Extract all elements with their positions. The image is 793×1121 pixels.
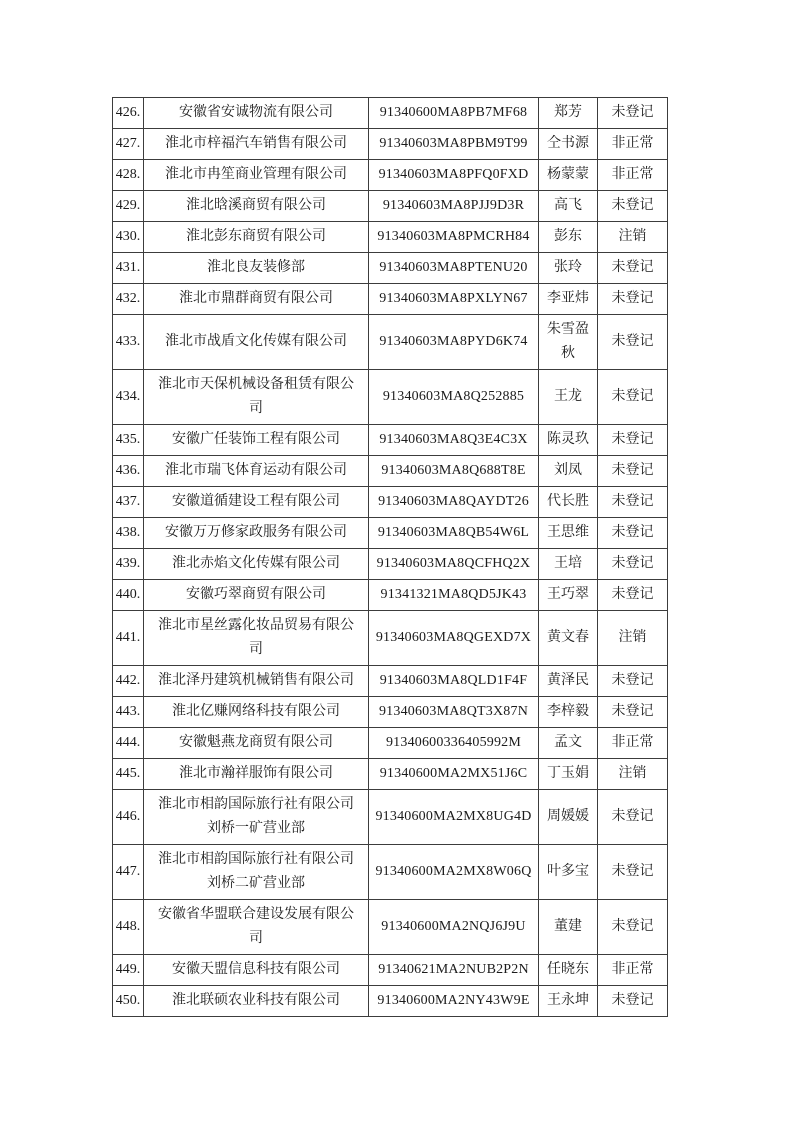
table-row: 450. 淮北联硕农业科技有限公司 91340600MA2NY43W9E 王永坤… — [113, 986, 668, 1017]
company-name: 淮北市鼎群商贸有限公司 — [144, 284, 369, 315]
row-number: 432. — [113, 284, 144, 315]
status-label: 注销 — [598, 611, 668, 666]
credit-code: 91340603MA8PYD6K74 — [369, 315, 539, 370]
credit-code: 91340600MA2MX51J6C — [369, 759, 539, 790]
person-name: 孟文 — [539, 728, 598, 759]
table-row: 446. 淮北市相韵国际旅行社有限公司 刘桥一矿营业部 91340600MA2M… — [113, 790, 668, 845]
status-label: 非正常 — [598, 129, 668, 160]
status-label: 未登记 — [598, 580, 668, 611]
row-number: 429. — [113, 191, 144, 222]
table-row: 441. 淮北市星丝露化妆品贸易有限公 司 91340603MA8QGEXD7X… — [113, 611, 668, 666]
table-row: 448. 安徽省华盟联合建设发展有限公 司 91340600MA2NQJ6J9U… — [113, 900, 668, 955]
row-number: 444. — [113, 728, 144, 759]
status-label: 非正常 — [598, 728, 668, 759]
credit-code: 91341321MA8QD5JK43 — [369, 580, 539, 611]
company-name: 安徽天盟信息科技有限公司 — [144, 955, 369, 986]
person-name: 王巧翠 — [539, 580, 598, 611]
status-label: 未登记 — [598, 456, 668, 487]
status-label: 未登记 — [598, 986, 668, 1017]
person-name: 彭东 — [539, 222, 598, 253]
status-label: 未登记 — [598, 315, 668, 370]
person-name: 黄文春 — [539, 611, 598, 666]
company-name: 安徽省安诚物流有限公司 — [144, 98, 369, 129]
company-name: 淮北市相韵国际旅行社有限公司 刘桥一矿营业部 — [144, 790, 369, 845]
person-name: 李亚炜 — [539, 284, 598, 315]
row-number: 427. — [113, 129, 144, 160]
person-name: 黄泽民 — [539, 666, 598, 697]
status-label: 未登记 — [598, 370, 668, 425]
person-name: 刘凤 — [539, 456, 598, 487]
status-label: 未登记 — [598, 697, 668, 728]
table-body: 426. 安徽省安诚物流有限公司 91340600MA8PB7MF68 郑芳 未… — [113, 98, 668, 1017]
person-name: 高飞 — [539, 191, 598, 222]
credit-code: 91340603MA8PJJ9D3R — [369, 191, 539, 222]
table-row: 437. 安徽道循建设工程有限公司 91340603MA8QAYDT26 代长胜… — [113, 487, 668, 518]
table-row: 442. 淮北泽丹建筑机械销售有限公司 91340603MA8QLD1F4F 黄… — [113, 666, 668, 697]
row-number: 426. — [113, 98, 144, 129]
row-number: 445. — [113, 759, 144, 790]
credit-code: 91340600MA2NY43W9E — [369, 986, 539, 1017]
status-label: 未登记 — [598, 518, 668, 549]
row-number: 442. — [113, 666, 144, 697]
person-name: 王永坤 — [539, 986, 598, 1017]
status-label: 未登记 — [598, 845, 668, 900]
person-name: 杨蒙蒙 — [539, 160, 598, 191]
company-name: 淮北市瀚祥服饰有限公司 — [144, 759, 369, 790]
row-number: 440. — [113, 580, 144, 611]
credit-code: 91340603MA8PBM9T99 — [369, 129, 539, 160]
person-name: 王思维 — [539, 518, 598, 549]
person-name: 丁玉娟 — [539, 759, 598, 790]
company-name: 安徽省华盟联合建设发展有限公 司 — [144, 900, 369, 955]
person-name: 李梓毅 — [539, 697, 598, 728]
credit-code: 91340603MA8Q688T8E — [369, 456, 539, 487]
company-name: 淮北市天保机械设备租赁有限公 司 — [144, 370, 369, 425]
row-number: 439. — [113, 549, 144, 580]
table-row: 439. 淮北赤焰文化传媒有限公司 91340603MA8QCFHQ2X 王培 … — [113, 549, 668, 580]
company-name: 淮北市战盾文化传媒有限公司 — [144, 315, 369, 370]
person-name: 叶多宝 — [539, 845, 598, 900]
table-row: 434. 淮北市天保机械设备租赁有限公 司 91340603MA8Q252885… — [113, 370, 668, 425]
credit-code: 91340603MA8Q252885 — [369, 370, 539, 425]
credit-code: 91340603MA8QGEXD7X — [369, 611, 539, 666]
row-number: 436. — [113, 456, 144, 487]
person-name: 陈灵玖 — [539, 425, 598, 456]
row-number: 428. — [113, 160, 144, 191]
credit-code: 91340603MA8PXLYN67 — [369, 284, 539, 315]
company-name: 淮北赤焰文化传媒有限公司 — [144, 549, 369, 580]
person-name: 董建 — [539, 900, 598, 955]
table-row: 443. 淮北亿赚网络科技有限公司 91340603MA8QT3X87N 李梓毅… — [113, 697, 668, 728]
table-row: 447. 淮北市相韵国际旅行社有限公司 刘桥二矿营业部 91340600MA2M… — [113, 845, 668, 900]
row-number: 434. — [113, 370, 144, 425]
person-name: 王培 — [539, 549, 598, 580]
company-name: 淮北良友装修部 — [144, 253, 369, 284]
credit-code: 91340603MA8QCFHQ2X — [369, 549, 539, 580]
person-name: 代长胜 — [539, 487, 598, 518]
credit-code: 91340603MA8QT3X87N — [369, 697, 539, 728]
company-name: 淮北彭东商贸有限公司 — [144, 222, 369, 253]
table-row: 445. 淮北市瀚祥服饰有限公司 91340600MA2MX51J6C 丁玉娟 … — [113, 759, 668, 790]
person-name: 仝书源 — [539, 129, 598, 160]
credit-code: 91340603MA8QLD1F4F — [369, 666, 539, 697]
person-name: 王龙 — [539, 370, 598, 425]
row-number: 437. — [113, 487, 144, 518]
credit-code: 91340600336405992M — [369, 728, 539, 759]
row-number: 431. — [113, 253, 144, 284]
document-page: 426. 安徽省安诚物流有限公司 91340600MA8PB7MF68 郑芳 未… — [0, 0, 793, 1121]
person-name: 张玲 — [539, 253, 598, 284]
person-name: 任晓东 — [539, 955, 598, 986]
row-number: 447. — [113, 845, 144, 900]
table-row: 431. 淮北良友装修部 91340603MA8PTENU20 张玲 未登记 — [113, 253, 668, 284]
company-name: 安徽广任装饰工程有限公司 — [144, 425, 369, 456]
table-row: 449. 安徽天盟信息科技有限公司 91340621MA2NUB2P2N 任晓东… — [113, 955, 668, 986]
row-number: 441. — [113, 611, 144, 666]
table-row: 430. 淮北彭东商贸有限公司 91340603MA8PMCRH84 彭东 注销 — [113, 222, 668, 253]
table-row: 426. 安徽省安诚物流有限公司 91340600MA8PB7MF68 郑芳 未… — [113, 98, 668, 129]
credit-code: 91340603MA8Q3E4C3X — [369, 425, 539, 456]
credit-code: 91340600MA8PB7MF68 — [369, 98, 539, 129]
person-name: 郑芳 — [539, 98, 598, 129]
credit-code: 91340600MA2MX8UG4D — [369, 790, 539, 845]
company-name: 淮北市梓福汽车销售有限公司 — [144, 129, 369, 160]
credit-code: 91340603MA8QB54W6L — [369, 518, 539, 549]
table-row: 440. 安徽巧翠商贸有限公司 91341321MA8QD5JK43 王巧翠 未… — [113, 580, 668, 611]
table-row: 438. 安徽万万修家政服务有限公司 91340603MA8QB54W6L 王思… — [113, 518, 668, 549]
company-name: 安徽魁燕龙商贸有限公司 — [144, 728, 369, 759]
status-label: 非正常 — [598, 160, 668, 191]
credit-code: 91340603MA8QAYDT26 — [369, 487, 539, 518]
table-row: 436. 淮北市瑞飞体育运动有限公司 91340603MA8Q688T8E 刘凤… — [113, 456, 668, 487]
table-row: 444. 安徽魁燕龙商贸有限公司 91340600336405992M 孟文 非… — [113, 728, 668, 759]
status-label: 未登记 — [598, 900, 668, 955]
table-row: 433. 淮北市战盾文化传媒有限公司 91340603MA8PYD6K74 朱雪… — [113, 315, 668, 370]
company-name: 安徽巧翠商贸有限公司 — [144, 580, 369, 611]
credit-code: 91340603MA8PMCRH84 — [369, 222, 539, 253]
credit-code: 91340621MA2NUB2P2N — [369, 955, 539, 986]
status-label: 未登记 — [598, 549, 668, 580]
status-label: 注销 — [598, 759, 668, 790]
person-name: 周媛媛 — [539, 790, 598, 845]
company-name: 安徽道循建设工程有限公司 — [144, 487, 369, 518]
status-label: 未登记 — [598, 425, 668, 456]
row-number: 448. — [113, 900, 144, 955]
status-label: 未登记 — [598, 284, 668, 315]
credit-code: 91340600MA2MX8W06Q — [369, 845, 539, 900]
status-label: 未登记 — [598, 487, 668, 518]
row-number: 446. — [113, 790, 144, 845]
company-name: 淮北市冉笙商业管理有限公司 — [144, 160, 369, 191]
status-label: 非正常 — [598, 955, 668, 986]
row-number: 443. — [113, 697, 144, 728]
company-name: 安徽万万修家政服务有限公司 — [144, 518, 369, 549]
company-name: 淮北市瑞飞体育运动有限公司 — [144, 456, 369, 487]
row-number: 438. — [113, 518, 144, 549]
company-name: 淮北晗溪商贸有限公司 — [144, 191, 369, 222]
company-registry-table: 426. 安徽省安诚物流有限公司 91340600MA8PB7MF68 郑芳 未… — [112, 97, 668, 1017]
credit-code: 91340603MA8PTENU20 — [369, 253, 539, 284]
table-row: 435. 安徽广任装饰工程有限公司 91340603MA8Q3E4C3X 陈灵玖… — [113, 425, 668, 456]
status-label: 未登记 — [598, 191, 668, 222]
company-name: 淮北亿赚网络科技有限公司 — [144, 697, 369, 728]
company-name: 淮北市相韵国际旅行社有限公司 刘桥二矿营业部 — [144, 845, 369, 900]
status-label: 注销 — [598, 222, 668, 253]
table-row: 427. 淮北市梓福汽车销售有限公司 91340603MA8PBM9T99 仝书… — [113, 129, 668, 160]
status-label: 未登记 — [598, 790, 668, 845]
company-name: 淮北市星丝露化妆品贸易有限公 司 — [144, 611, 369, 666]
row-number: 450. — [113, 986, 144, 1017]
table-row: 432. 淮北市鼎群商贸有限公司 91340603MA8PXLYN67 李亚炜 … — [113, 284, 668, 315]
row-number: 430. — [113, 222, 144, 253]
row-number: 435. — [113, 425, 144, 456]
status-label: 未登记 — [598, 98, 668, 129]
person-name: 朱雪盈 秋 — [539, 315, 598, 370]
credit-code: 91340603MA8PFQ0FXD — [369, 160, 539, 191]
company-name: 淮北泽丹建筑机械销售有限公司 — [144, 666, 369, 697]
row-number: 449. — [113, 955, 144, 986]
status-label: 未登记 — [598, 666, 668, 697]
status-label: 未登记 — [598, 253, 668, 284]
table-row: 428. 淮北市冉笙商业管理有限公司 91340603MA8PFQ0FXD 杨蒙… — [113, 160, 668, 191]
credit-code: 91340600MA2NQJ6J9U — [369, 900, 539, 955]
table-row: 429. 淮北晗溪商贸有限公司 91340603MA8PJJ9D3R 高飞 未登… — [113, 191, 668, 222]
company-name: 淮北联硕农业科技有限公司 — [144, 986, 369, 1017]
row-number: 433. — [113, 315, 144, 370]
